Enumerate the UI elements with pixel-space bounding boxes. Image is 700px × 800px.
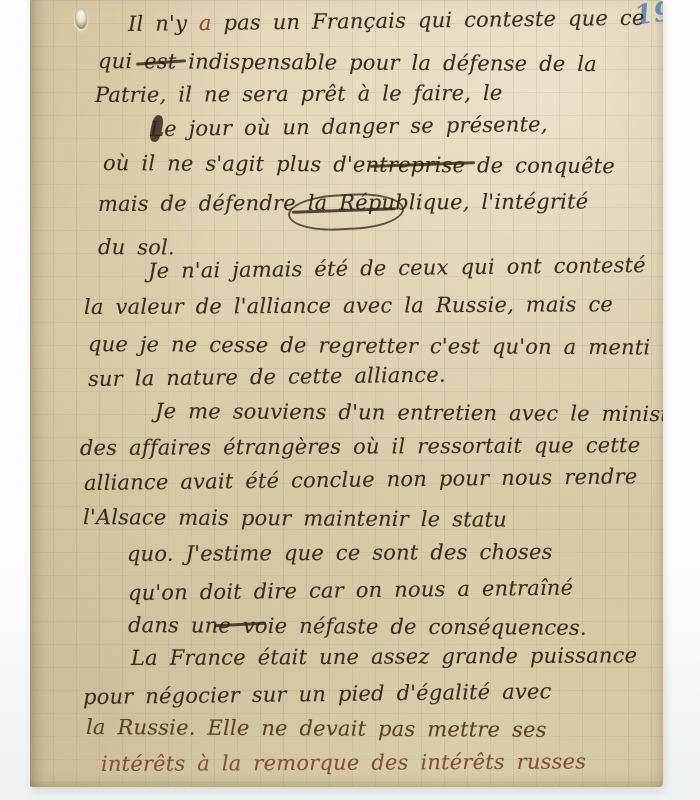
manuscript-line: La France était une assez grande puissan…: [131, 643, 637, 670]
manuscript-line: des affaires étrangères où il ressortait…: [80, 433, 640, 460]
manuscript-line: Il n'y a pas un Français qui conteste qu…: [128, 6, 645, 36]
manuscript-line: où il ne s'agit plus d'entreprise de con…: [103, 151, 615, 178]
manuscript-line: l'Alsace mais pour maintenir le statu: [83, 505, 507, 532]
punch-hole: [74, 8, 87, 30]
manuscript-line: Le jour où un danger se présente,: [150, 112, 548, 141]
manuscript-line: sur la nature de cette alliance.: [88, 363, 446, 391]
manuscript-line: pour négocier sur un pied d'égalité avec: [83, 679, 552, 709]
manuscript-line: du sol.: [98, 235, 175, 259]
manuscript-line: intérêts à la remorque des intérêts russ…: [101, 749, 586, 776]
manuscript-line: Patrie, il ne sera prêt à le faire, le: [95, 81, 503, 107]
ink-correction-word: a: [199, 11, 212, 35]
manuscript-line: dans une voie néfaste de conséquences.: [128, 613, 587, 640]
line-text: pas un Français qui conteste que ce: [212, 6, 645, 35]
line-text: Il n'y: [128, 11, 199, 36]
manuscript-line: quo. J'estime que ce sont des choses: [127, 540, 553, 566]
manuscript-line: la Russie. Elle ne devait pas mettre ses: [86, 715, 547, 742]
manuscript-line: que je ne cesse de regretter c'est qu'on…: [88, 332, 650, 359]
manuscript-line: qu'on doit dire car on nous a entraîné: [128, 576, 573, 605]
manuscript-line: la valeur de l'alliance avec la Russie, …: [84, 292, 613, 319]
manuscript-line: Je n'ai jamais été de ceux qui ont conte…: [148, 253, 646, 283]
manuscript-line: Je me souviens d'un entretien avec le mi…: [155, 399, 663, 426]
manuscript-line: alliance avait été conclue non pour nous…: [84, 464, 638, 495]
scan-background: 19 Il n'y a pas un Français qui conteste…: [0, 0, 700, 800]
manuscript-paper: 19 Il n'y a pas un Français qui conteste…: [30, 0, 663, 787]
